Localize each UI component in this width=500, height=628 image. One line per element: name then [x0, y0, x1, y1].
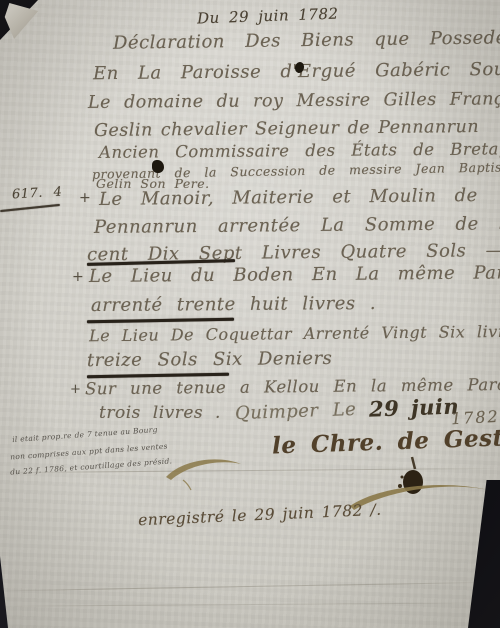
manuscript-photo: Du 29 juin 1782 Déclaration Des Biens qu… [0, 0, 500, 628]
seigneur-line: Geslin chevalier Seigneur de Pennanrun [94, 117, 479, 141]
item-line: arrenté trente huit livres . [91, 293, 376, 316]
item-plus-marker: + [70, 382, 81, 397]
domain-line: Le domaine du roy Messire Gilles Françoi… [88, 89, 500, 113]
ink-blot [152, 160, 164, 173]
item-line: Le Lieu du Boden En La même Paroisse [89, 262, 500, 287]
item-line: Pennanrun arrentée La Somme de Six [94, 213, 500, 238]
item-line: trois livres . [99, 403, 221, 423]
pen-flourish [163, 452, 245, 492]
commissaire-line: Ancien Commissaire des États de Bretagne [99, 139, 500, 162]
item-line: treize Sols Six Deniers [87, 348, 333, 371]
item-plus-marker: + [72, 269, 84, 285]
margin-reference: 617. 4 [12, 185, 63, 203]
item-line: Le Manoir, Maiterie et Moulin de [99, 185, 478, 210]
closing-place: Quimper Le [235, 399, 357, 424]
item-plus-marker: + [79, 190, 91, 206]
closing-day-month: 29 juin [369, 393, 460, 421]
